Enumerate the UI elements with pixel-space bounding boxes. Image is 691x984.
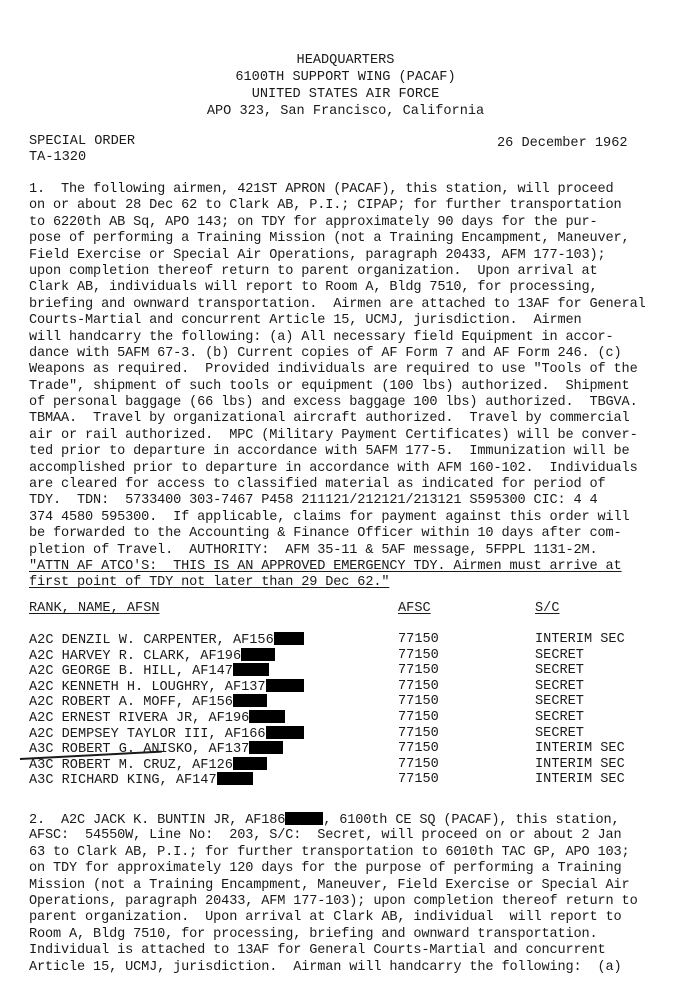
paragraph-1-line: TBMAA. Travel by organizational aircraft…	[29, 411, 669, 427]
paragraph-2-line: parent organization. Upon arrival at Cla…	[29, 910, 669, 926]
paragraph-1-line: Weapons as required. Provided individual…	[29, 362, 669, 378]
paragraph-1-line: be forwarded to the Accounting & Finance…	[29, 526, 669, 542]
afsc-value: 77150	[398, 648, 439, 663]
paragraph-1-line: Trade", shipment of such tools or equipm…	[29, 379, 669, 395]
redaction-box	[266, 726, 304, 739]
paragraph-1-line: Clark AB, individuals will report to Roo…	[29, 280, 669, 296]
afsc-value: 77150	[398, 741, 439, 756]
paragraph-1-line: on or about 28 Dec 62 to Clark AB, P.I.;…	[29, 198, 669, 214]
paragraph-2: 2. A2C JACK K. BUNTIN JR, AF186, 6100th …	[29, 812, 669, 976]
paragraph-2-line: Mission (not a Training Encampment, Mane…	[29, 878, 669, 894]
paragraph-1-line: dance with 5AFM 67-3. (b) Current copies…	[29, 346, 669, 362]
airman-name-afsn: A2C ROBERT A. MOFF, AF156	[29, 694, 267, 710]
airman-name-afsn: A2C KENNETH H. LOUGHRY, AF137	[29, 679, 304, 695]
security-clearance-value: INTERIM SEC	[535, 632, 625, 647]
paragraph-1-line: pletion of Travel. AUTHORITY: AFM 35-11 …	[29, 543, 669, 559]
roster-row: A2C GEORGE B. HILL, AF14777150SECRET	[29, 663, 669, 678]
afsc-value: 77150	[398, 772, 439, 787]
paragraph-1-line: TDY. TDN: 5733400 303-7467 P458 211121/2…	[29, 493, 669, 509]
security-clearance-value: INTERIM SEC	[535, 741, 625, 756]
paragraph-1-line: air or rail authorized. MPC (Military Pa…	[29, 428, 669, 444]
paragraph-2-subject: 2. A2C JACK K. BUNTIN JR, AF186	[29, 813, 285, 828]
letterhead: HEADQUARTERS 6100TH SUPPORT WING (PACAF)…	[0, 52, 691, 120]
letterhead-line-3: UNITED STATES AIR FORCE	[0, 86, 691, 103]
paragraph-1-line: 1. The following airmen, 421ST APRON (PA…	[29, 182, 669, 198]
letterhead-line-2: 6100TH SUPPORT WING (PACAF)	[0, 69, 691, 86]
redaction-box	[274, 632, 304, 645]
paragraph-1-line: Courts-Martial and concurrent Article 15…	[29, 313, 669, 329]
afsc-value: 77150	[398, 757, 439, 772]
redaction-box	[285, 812, 323, 825]
afsc-value: 77150	[398, 726, 439, 741]
letterhead-line-1: HEADQUARTERS	[0, 52, 691, 69]
paragraph-2-line: 63 to Clark AB, P.I.; for further transp…	[29, 845, 669, 861]
afsc-value: 77150	[398, 710, 439, 725]
paragraph-2-line: Individual is attached to 13AF for Gener…	[29, 943, 669, 959]
airman-name-afsn: A3C ROBERT M. CRUZ, AF126	[29, 757, 267, 773]
afsc-value: 77150	[398, 632, 439, 647]
security-clearance-value: INTERIM SEC	[535, 757, 625, 772]
order-date: 26 December 1962	[497, 136, 628, 152]
paragraph-1-line: are cleared for access to classified mat…	[29, 477, 669, 493]
paragraph-1-line: accomplished prior to departure in accor…	[29, 461, 669, 477]
paragraph-1-line: briefing and ownward transportation. Air…	[29, 297, 669, 313]
paragraph-2-line: AFSC: 54550W, Line No: 203, S/C: Secret,…	[29, 828, 669, 844]
roster-row: A2C DEMPSEY TAYLOR III, AF16677150SECRET	[29, 726, 669, 741]
afsc-value: 77150	[398, 663, 439, 678]
paragraph-1-line: will handcarry the following: (a) All ne…	[29, 330, 669, 346]
paragraph-1-line: upon completion thereof return to parent…	[29, 264, 669, 280]
airman-name-afsn: A2C DEMPSEY TAYLOR III, AF166	[29, 726, 304, 742]
redaction-box	[217, 772, 253, 785]
paragraph-1-line: to 6220th AB Sq, APO 143; on TDY for app…	[29, 215, 669, 231]
security-clearance-value: SECRET	[535, 679, 584, 694]
paragraph-2-line: 2. A2C JACK K. BUNTIN JR, AF186, 6100th …	[29, 812, 669, 828]
paragraph-1-line: 374 4580 595300. If applicable, claims f…	[29, 510, 669, 526]
paragraph-2-line: Room A, Bldg 7510, for processing, brief…	[29, 927, 669, 943]
redaction-box	[233, 663, 269, 676]
security-clearance-value: SECRET	[535, 648, 584, 663]
paragraph-2-unit: , 6100th CE SQ (PACAF), this station,	[323, 813, 619, 828]
column-header-sc: S/C	[535, 601, 559, 616]
roster-row: A3C ROBERT M. CRUZ, AF12677150INTERIM SE…	[29, 757, 669, 772]
airman-name-afsn: A2C DENZIL W. CARPENTER, AF156	[29, 632, 304, 648]
airman-name-afsn: A3C RICHARD KING, AF147	[29, 772, 253, 788]
order-number: TA-1320	[29, 150, 86, 166]
roster-row: A2C KENNETH H. LOUGHRY, AF13777150SECRET	[29, 679, 669, 694]
redaction-box	[249, 741, 283, 754]
roster-row: A3C RICHARD KING, AF14777150INTERIM SEC	[29, 772, 669, 787]
column-header-afsc: AFSC	[398, 601, 431, 616]
paragraph-2-line: on TDY for approximately 120 days for th…	[29, 861, 669, 877]
paragraph-2-line: Article 15, UCMJ, jurisdiction. Airman w…	[29, 960, 669, 976]
letterhead-line-4: APO 323, San Francisco, California	[0, 103, 691, 120]
redaction-box	[233, 757, 267, 770]
security-clearance-value: SECRET	[535, 694, 584, 709]
paragraph-2-line: Operations, paragraph 20433, AFM 177-103…	[29, 894, 669, 910]
redaction-box	[233, 694, 267, 707]
paragraph-1-line: pose of performing a Training Mission (n…	[29, 231, 669, 247]
paragraph-1-line: of personal baggage (66 lbs) and excess …	[29, 395, 669, 411]
column-header-name: RANK, NAME, AFSN	[29, 601, 160, 616]
roster-row: A2C DENZIL W. CARPENTER, AF15677150INTER…	[29, 632, 669, 647]
emergency-notice-line: "ATTN AF ATCO'S: THIS IS AN APPROVED EME…	[29, 559, 669, 575]
airman-name-afsn: A2C ERNEST RIVERA JR, AF196	[29, 710, 285, 726]
afsc-value: 77150	[398, 694, 439, 709]
paragraph-1: 1. The following airmen, 421ST APRON (PA…	[29, 182, 669, 592]
roster-row: A2C ERNEST RIVERA JR, AF19677150SECRET	[29, 710, 669, 725]
redaction-box	[241, 648, 275, 661]
roster-row: A2C ROBERT A. MOFF, AF15677150SECRET	[29, 694, 669, 709]
security-clearance-value: SECRET	[535, 663, 584, 678]
paragraph-1-line: ted prior to departure in accordance wit…	[29, 444, 669, 460]
redaction-box	[266, 679, 304, 692]
paragraph-1-line: Field Exercise or Special Air Operations…	[29, 248, 669, 264]
roster-row: A2C HARVEY R. CLARK, AF19677150SECRET	[29, 648, 669, 663]
redaction-box	[249, 710, 285, 723]
airman-name-afsn: A2C GEORGE B. HILL, AF147	[29, 663, 269, 679]
emergency-notice-line: first point of TDY not later than 29 Dec…	[29, 575, 669, 591]
security-clearance-value: SECRET	[535, 710, 584, 725]
security-clearance-value: SECRET	[535, 726, 584, 741]
airman-name-afsn: A2C HARVEY R. CLARK, AF196	[29, 648, 275, 664]
special-order-document: HEADQUARTERS 6100TH SUPPORT WING (PACAF)…	[0, 0, 691, 984]
order-type: SPECIAL ORDER	[29, 134, 135, 150]
security-clearance-value: INTERIM SEC	[535, 772, 625, 787]
afsc-value: 77150	[398, 679, 439, 694]
